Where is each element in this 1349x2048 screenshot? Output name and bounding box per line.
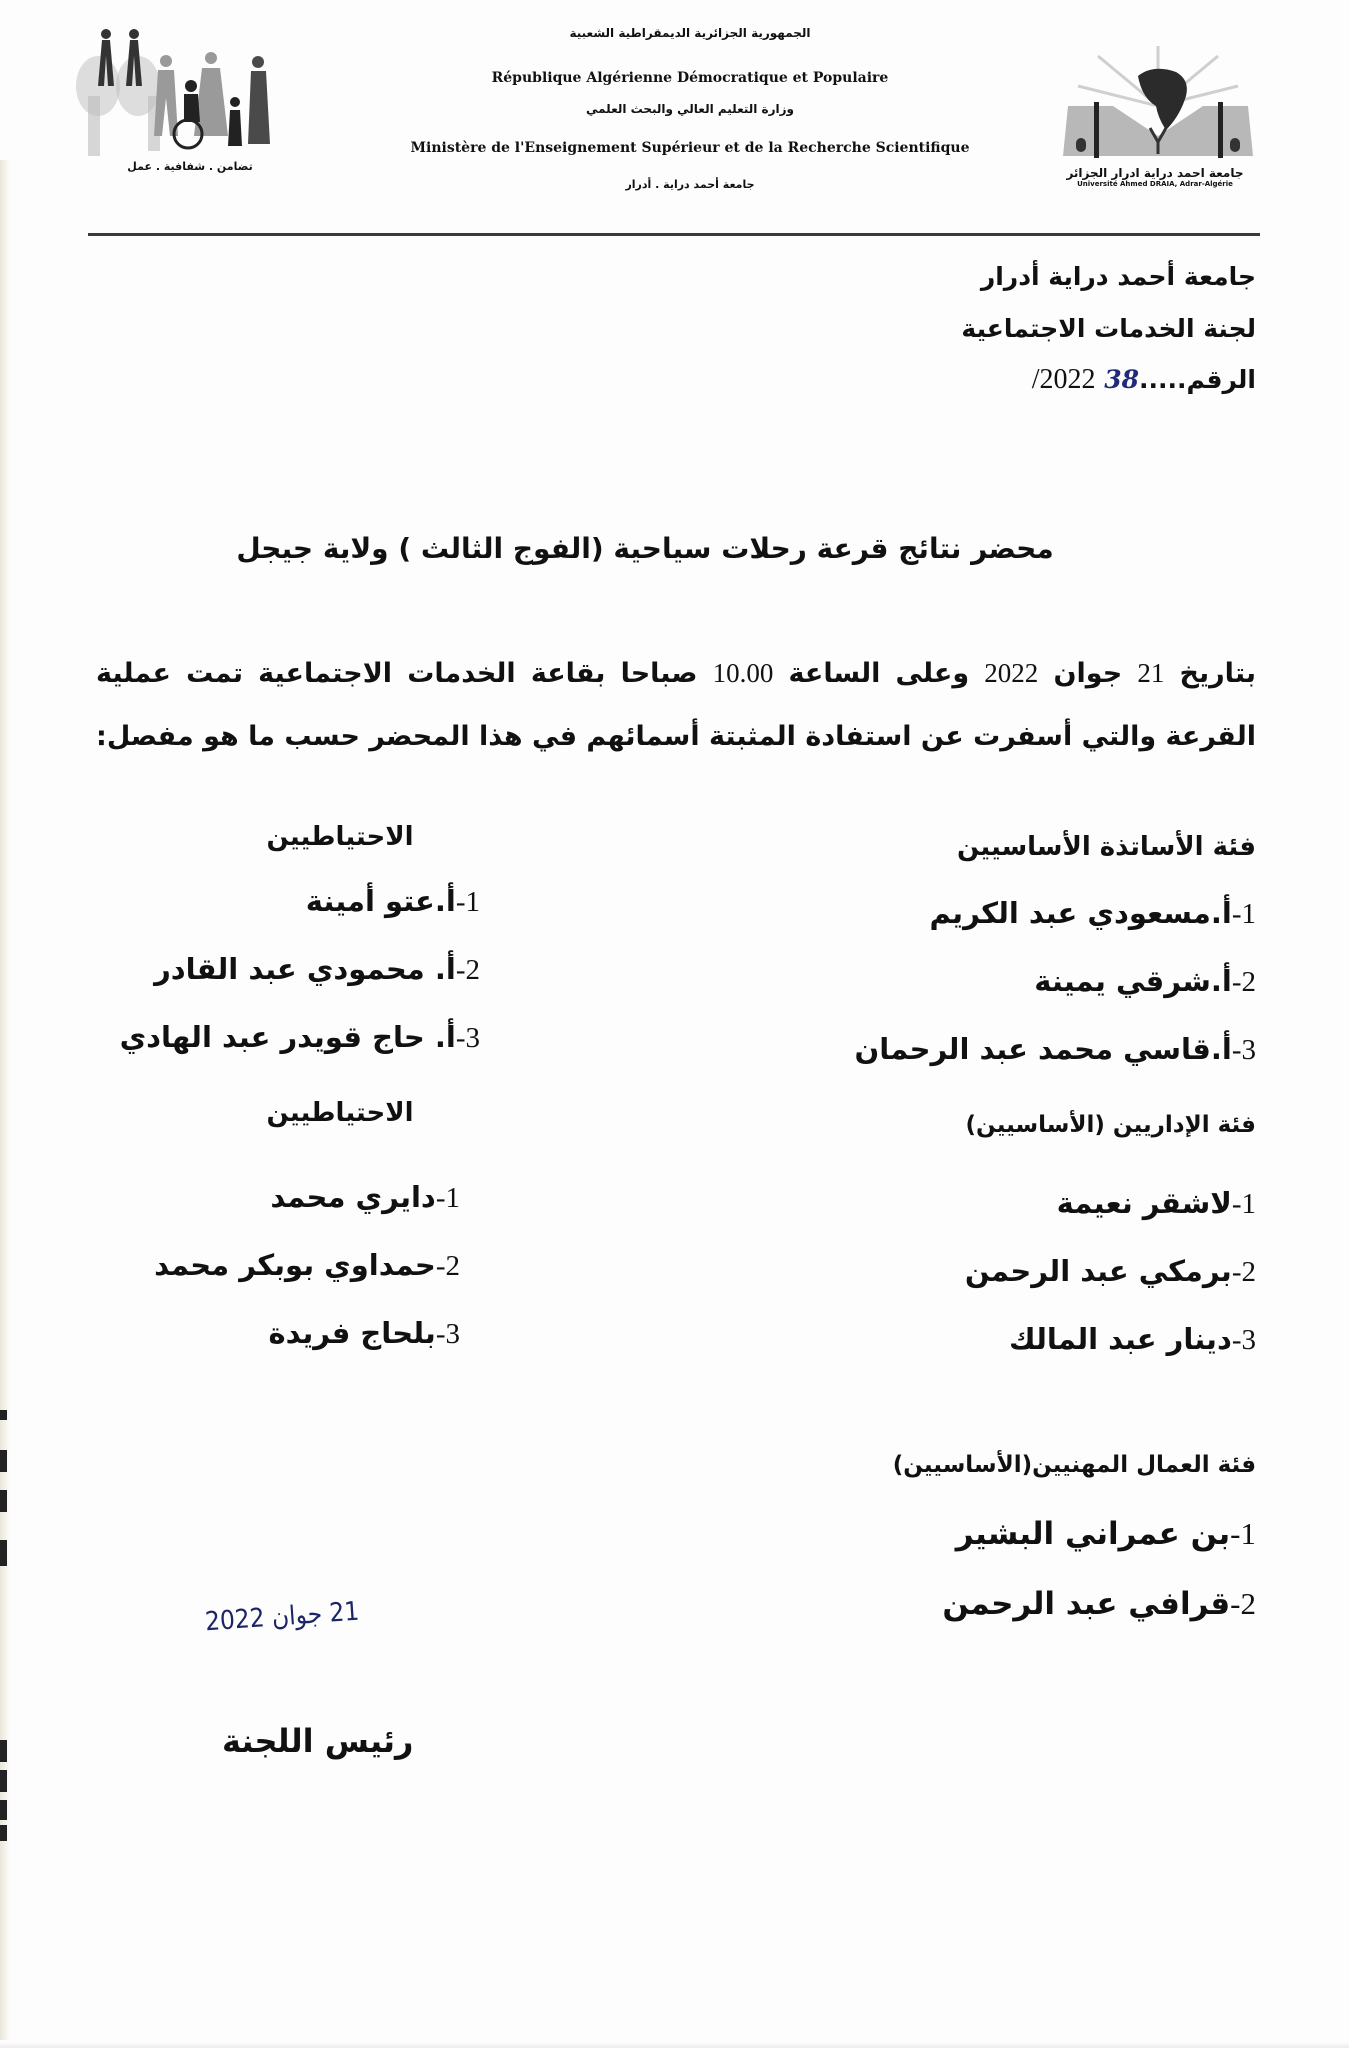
item-name: بلحاج فريدة (269, 1316, 436, 1350)
list-item: 3-بلحاج فريدة (90, 1316, 530, 1384)
republic-fr: République Algérienne Démocratique et Po… (360, 70, 1020, 86)
date-stamp: 21 جوان 2022 (204, 1597, 360, 1638)
scan-artifact (0, 1490, 7, 1512)
list-item: 2-قرافي عبد الرحمن (656, 1586, 1256, 1656)
intro-time: 10.00 (713, 658, 774, 688)
intro-day: 21 (1137, 658, 1164, 688)
republic-ar: الجمهورية الجزائرية الديمقراطية الشعبية (360, 26, 1020, 40)
reference-year: /2022 (1032, 364, 1096, 395)
item-number: 2- (456, 954, 480, 986)
item-number: 3- (436, 1318, 460, 1350)
item-name: أ. محمودي عبد القادر (154, 952, 456, 986)
item-name: أ.عتو أمينة (306, 884, 456, 918)
intro-text: بتاريخ (1164, 658, 1256, 689)
teachers-primary-heading: فئة الأساتذة الأساسيين (736, 832, 1256, 896)
reference-number-label: الرقم..... (1139, 365, 1256, 394)
left-logo-caption: تضامن . شفافية . عمل (90, 160, 290, 173)
right-logo-caption-fr: Université Ahmed DRAIA, Adrar-Algérie (1050, 180, 1260, 188)
ministry-fr: Ministère de l'Enseignement Supérieur et… (360, 140, 1020, 156)
scan-artifact (0, 1740, 7, 1762)
committee-name: لجنة الخدمات الاجتماعية (961, 314, 1256, 343)
item-name: دينار عبد المالك (1009, 1322, 1232, 1356)
document-page: تضامن . شفافية . عمل الجمهورية الجزائرية… (0, 0, 1349, 2048)
list-item: 1-أ.عتو أمينة (90, 884, 530, 952)
teachers-reserve-list: الاحتياطيين 1-أ.عتو أمينة 2-أ. محمودي عب… (90, 822, 530, 1088)
list-item: 1-لاشقر نعيمة (736, 1186, 1256, 1254)
item-number: 1- (1232, 898, 1256, 930)
workers-primary-list: فئة العمال المهنيين(الأساسيين) 1-بن عمرا… (656, 1452, 1256, 1656)
list-item: 3-دينار عبد المالك (736, 1322, 1256, 1390)
scan-artifact (0, 1410, 7, 1420)
intro-year: 2022 (984, 658, 1038, 688)
document-title: محضر نتائج قرعة رحلات سياحية (الفوج الثا… (150, 532, 1140, 565)
list-item: 2-برمكي عبد الرحمن (736, 1254, 1256, 1322)
intro-text: جوان (1038, 658, 1137, 689)
scan-artifact (0, 1825, 7, 1841)
item-number: 1- (456, 886, 480, 918)
item-name: أ.قاسي محمد عبد الرحمان (855, 1032, 1232, 1066)
institution-name: جامعة أحمد دراية أدرار (981, 262, 1256, 291)
item-number: 2- (1232, 1256, 1256, 1288)
people-solidarity-icon (58, 26, 288, 176)
scan-left-edge (0, 160, 10, 2040)
item-name: برمكي عبد الرحمن (965, 1254, 1232, 1288)
committee-president-signature: رئيس اللجنة (222, 1722, 413, 1760)
item-name: أ.شرقي يمينة (1034, 964, 1232, 998)
university-ar: جامعة أحمد دراية . أدرار (360, 178, 1020, 191)
item-number: 3- (1232, 1034, 1256, 1066)
teachers-primary-list: فئة الأساتذة الأساسيين 1-أ.مسعودي عبد ال… (736, 832, 1256, 1100)
administrators-reserve-list: الاحتياطيين 1-دايري محمد 2-حمداوي بوبكر … (90, 1098, 530, 1384)
item-name: أ.مسعودي عبد الكريم (929, 896, 1231, 930)
scan-artifact (0, 1800, 7, 1820)
list-item: 2-حمداوي بوبكر محمد (90, 1248, 530, 1316)
teachers-reserve-heading: الاحتياطيين (90, 822, 530, 884)
item-number: 3- (1232, 1324, 1256, 1356)
scan-artifact (0, 1770, 7, 1792)
item-number: 2- (1230, 1586, 1256, 1621)
list-item: 1-بن عمراني البشير (656, 1516, 1256, 1586)
administrators-primary-list: فئة الإداريين (الأساسيين) 1-لاشقر نعيمة … (736, 1112, 1256, 1390)
item-name: قرافي عبد الرحمن (942, 1586, 1230, 1622)
item-number: 1- (1232, 1188, 1256, 1220)
item-number: 1- (436, 1182, 460, 1214)
item-number: 2- (1232, 966, 1256, 998)
intro-paragraph: بتاريخ 21 جوان 2022 وعلى الساعة 10.00 صب… (96, 642, 1256, 768)
item-number: 1- (1230, 1516, 1256, 1551)
reference-number-value: 38 (1104, 365, 1139, 394)
item-name: بن عمراني البشير (956, 1516, 1230, 1552)
list-item: 2-أ. محمودي عبد القادر (90, 952, 530, 1020)
item-number: 3- (456, 1022, 480, 1054)
header-divider (88, 233, 1260, 236)
list-item: 3-أ. حاج قويدر عبد الهادي (90, 1020, 530, 1088)
item-number: 2- (436, 1250, 460, 1282)
scan-artifact (0, 1540, 7, 1566)
intro-text: وعلى الساعة (773, 658, 984, 689)
item-name: أ. حاج قويدر عبد الهادي (120, 1020, 456, 1054)
administrators-reserve-heading: الاحتياطيين (90, 1098, 530, 1180)
right-logo-caption-ar: جامعة احمد دراية ادرار الجزائر (1050, 166, 1260, 180)
university-africa-emblem-icon (1058, 46, 1258, 174)
ministry-ar: وزارة التعليم العالي والبحث العلمي (360, 102, 1020, 116)
workers-primary-heading: فئة العمال المهنيين(الأساسيين) (656, 1452, 1256, 1516)
item-name: لاشقر نعيمة (1057, 1186, 1232, 1220)
list-item: 2-أ.شرقي يمينة (736, 964, 1256, 1032)
list-item: 1-دايري محمد (90, 1180, 530, 1248)
list-item: 1-أ.مسعودي عبد الكريم (736, 896, 1256, 964)
scan-artifact (0, 1450, 7, 1472)
item-name: حمداوي بوبكر محمد (154, 1248, 436, 1282)
administrators-primary-heading: فئة الإداريين (الأساسيين) (736, 1112, 1256, 1186)
item-name: دايري محمد (270, 1180, 435, 1214)
reference-number: الرقم.....38 /2022 (1032, 364, 1256, 396)
scan-bottom-edge (0, 2042, 1349, 2048)
list-item: 3-أ.قاسي محمد عبد الرحمان (736, 1032, 1256, 1100)
